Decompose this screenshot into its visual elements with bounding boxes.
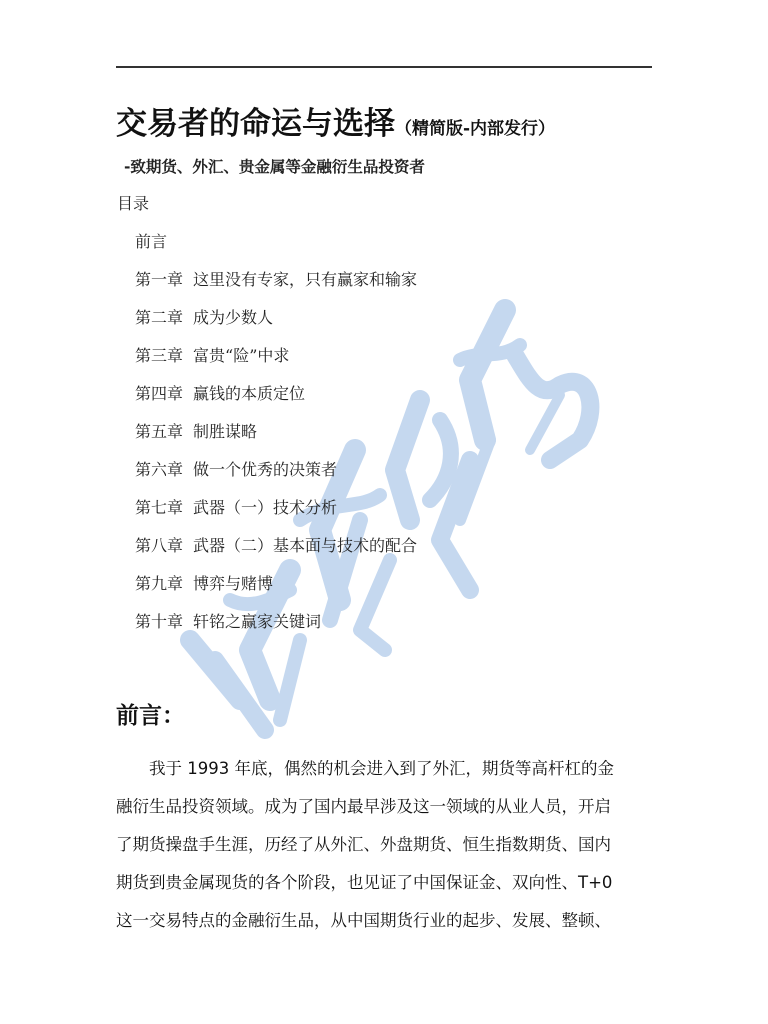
toc-item-number: 第十章 xyxy=(135,609,183,632)
preface-line: 这一交易特点的金融衍生品，从中国期货行业的起步、发展、整顿、 xyxy=(116,907,656,931)
toc-item-chapter-5[interactable]: 第五章制胜谋略 xyxy=(135,419,257,442)
toc-item-label: 成为少数人 xyxy=(193,308,273,327)
title-main: 交易者的命运与选择 xyxy=(116,106,395,142)
toc-item-number: 第四章 xyxy=(135,381,183,404)
toc-item-number: 第五章 xyxy=(135,419,183,442)
preface-line: 期货到贵金属现货的各个阶段，也见证了中国保证金、双向性、T+0 xyxy=(116,869,656,893)
toc-item-chapter-4[interactable]: 第四章赢钱的本质定位 xyxy=(135,381,305,404)
toc-item-chapter-6[interactable]: 第六章做一个优秀的决策者 xyxy=(135,457,337,480)
preface-line: 融衍生品投资领域。成为了国内最早涉及这一领域的从业人员，开启 xyxy=(116,793,656,817)
toc-item-number: 第一章 xyxy=(135,267,183,290)
preface-heading: 前言： xyxy=(116,697,185,730)
toc-item-chapter-2[interactable]: 第二章成为少数人 xyxy=(135,305,273,328)
toc-item-label: 前言 xyxy=(135,232,167,251)
document-title: 交易者的命运与选择（精简版-内部发行） xyxy=(116,98,555,143)
toc-item-chapter-3[interactable]: 第三章富贵“险”中求 xyxy=(135,343,289,366)
toc-item-label: 做一个优秀的决策者 xyxy=(193,460,337,479)
toc-heading: 目录 xyxy=(117,191,149,214)
toc-item-label: 赢钱的本质定位 xyxy=(193,384,305,403)
toc-item-label: 武器（一）技术分析 xyxy=(193,498,337,517)
toc-item-label: 博弈与赌博 xyxy=(193,574,273,593)
toc-item-label: 这里没有专家，只有赢家和输家 xyxy=(193,270,417,289)
toc-item-chapter-9[interactable]: 第九章博弈与赌博 xyxy=(135,571,273,594)
document-subtitle: -致期货、外汇、贵金属等金融衍生品投资者 xyxy=(124,155,425,177)
toc-item-chapter-1[interactable]: 第一章这里没有专家，只有赢家和输家 xyxy=(135,267,417,290)
document-page: 交易者的命运与选择（精简版-内部发行） -致期货、外汇、贵金属等金融衍生品投资者… xyxy=(0,0,768,1024)
toc-item-label: 富贵“险”中求 xyxy=(193,346,289,365)
toc-item-number: 第九章 xyxy=(135,571,183,594)
preface-line: 了期货操盘手生涯，历经了从外汇、外盘期货、恒生指数期货、国内 xyxy=(116,831,656,855)
preface-line: 我于 1993 年底，偶然的机会进入到了外汇，期货等高杆杠的金 xyxy=(116,755,656,779)
toc-item-number: 第二章 xyxy=(135,305,183,328)
toc-item-label: 轩铭之赢家关键词 xyxy=(193,612,321,631)
toc-item-number: 第七章 xyxy=(135,495,183,518)
toc-item-preface[interactable]: 前言 xyxy=(135,229,167,252)
toc-item-number: 第六章 xyxy=(135,457,183,480)
toc-item-chapter-8[interactable]: 第八章武器（二）基本面与技术的配合 xyxy=(135,533,417,556)
toc-item-label: 武器（二）基本面与技术的配合 xyxy=(193,536,417,555)
toc-item-chapter-10[interactable]: 第十章轩铭之赢家关键词 xyxy=(135,609,321,632)
toc-item-number: 第八章 xyxy=(135,533,183,556)
toc-item-number: 第三章 xyxy=(135,343,183,366)
toc-item-chapter-7[interactable]: 第七章武器（一）技术分析 xyxy=(135,495,337,518)
toc-item-label: 制胜谋略 xyxy=(193,422,257,441)
title-suffix: （精简版-内部发行） xyxy=(395,119,555,139)
